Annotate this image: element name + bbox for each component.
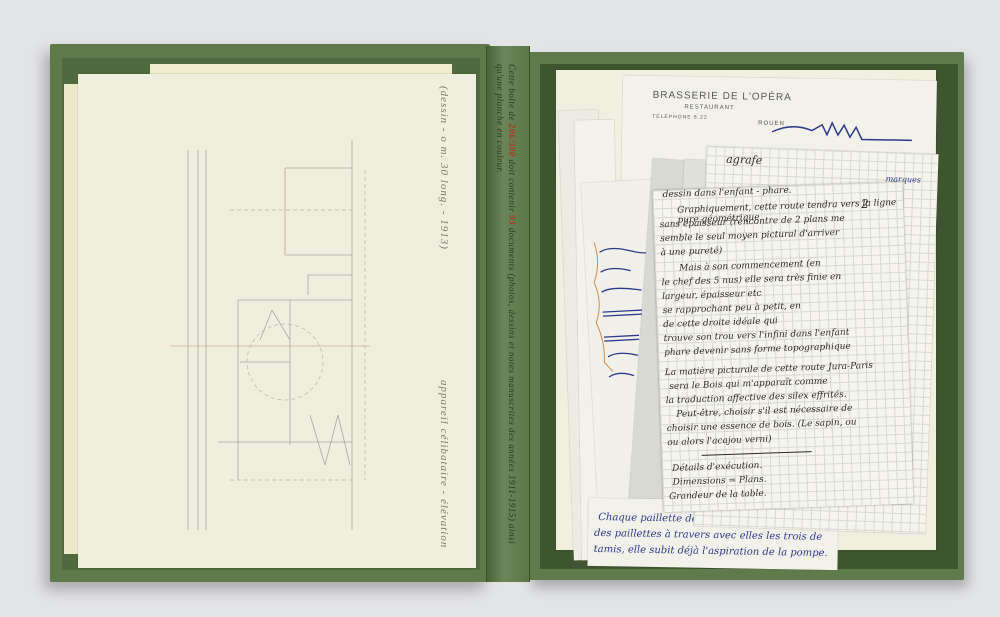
bottom-note-line-3: tamis, elle subit déjà l'aspiration de l…	[594, 544, 828, 559]
note-line-15: la traduction affective des silex effrit…	[666, 390, 847, 406]
main-handwritten-note[interactable]: 2 dessin dans l'enfant - phare. Graphiqu…	[652, 182, 913, 513]
spine-document-count: 93	[507, 215, 517, 225]
note-line-8: largeur, épaisseur etc	[662, 289, 762, 302]
note-line-20: Dimensions = Plans.	[673, 475, 767, 488]
spine-text-a: Cette boîte de	[507, 64, 517, 121]
note-line-12: phare devenir sans forme topographique	[664, 342, 851, 359]
note-line-14: sera le Bois qui m'apparaît comme	[669, 376, 828, 392]
note-line-7: le chef des 5 nus) elle sera très finie …	[662, 272, 842, 288]
drawing-caption-dimensions: (dessin - o m. 30 long. - 1913)	[438, 86, 450, 316]
spine-text-b: doit contenir	[507, 160, 517, 213]
note-line-10: de cette droite idéale qui	[663, 316, 778, 330]
note-line-17: choisir une essence de bois. (Le sapin, …	[667, 417, 857, 434]
letterhead-phone: TÉLÉPHONE 6.22	[652, 114, 708, 121]
letterhead-name: BRASSERIE DE L'OPÉRA	[653, 90, 792, 103]
note-line-5: à une pureté)	[660, 246, 722, 258]
agrafe-heading: agrafe	[726, 153, 762, 167]
spine-edition-number: 206/300	[507, 124, 517, 157]
note-line-9: se rapprochant peu à petit, en	[663, 301, 801, 316]
note-divider	[702, 451, 812, 456]
note-line-13: La matière picturale de cette route Jura…	[665, 361, 873, 378]
note-line-6: Mais à son commencement (en	[679, 259, 821, 274]
drawing-caption-title: appareil célibataire - élévation	[438, 380, 450, 570]
bottom-note-line-2: des paillettes à travers avec elles les …	[594, 528, 822, 543]
note-line-21: Grandeur de la table.	[669, 489, 767, 502]
letterhead-subtitle: RESTAURANT	[684, 104, 734, 111]
note-line-16: Peut-être, choisir s'il est nécessaire d…	[676, 404, 852, 420]
note-line-19: Détails d'exécution.	[672, 461, 762, 474]
note-line-4: semble le seul moyen pictural d'arriver	[660, 228, 839, 244]
spine-text-c: documents (photos, dessins et	[507, 228, 517, 350]
elevation-drawing	[170, 130, 380, 550]
note-line-18: ou alors l'acajou verni)	[667, 434, 772, 448]
spine-label: Cette boîte de 206/300 doit contenir 93 …	[494, 64, 518, 564]
